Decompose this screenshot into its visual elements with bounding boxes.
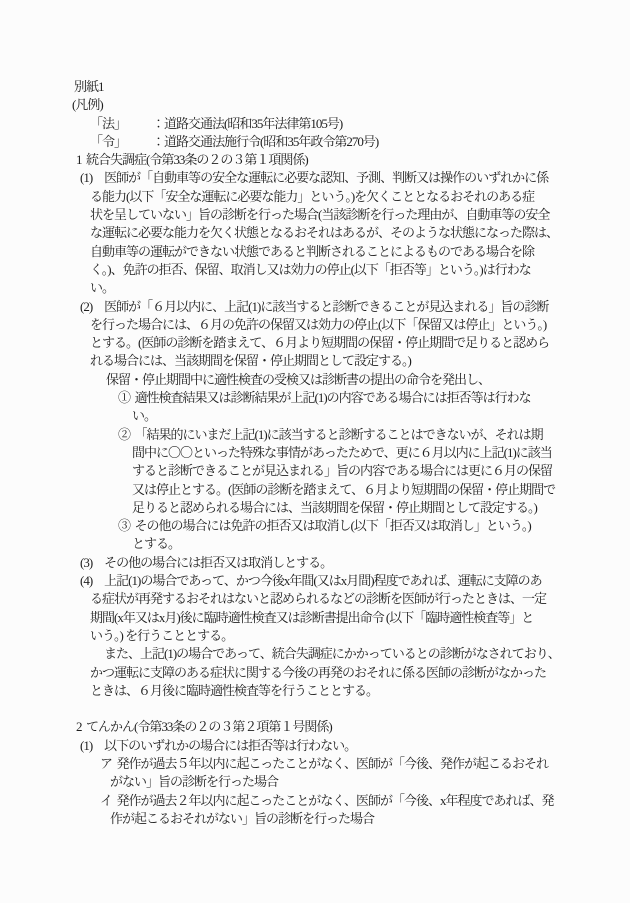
s2-item-1: (1) 以下のいずれかの場合には拒否等は行わない。 bbox=[0, 737, 630, 755]
text-line: 自動車等の運転ができない状態であると判断されることによるものである場合を除 bbox=[0, 243, 630, 261]
text-line: すると診断できることが見込まれる」旨の内容である場合には更に６月の保留 bbox=[0, 462, 630, 480]
s2-item1-sub-i: イ 発作が過去２年以内に起こったことがなく、医師が「今後、x年程度であれば、発 bbox=[0, 792, 630, 810]
text-line: 足りると認められる場合には、当該期間を保留・停止期間として設定する。) bbox=[0, 499, 630, 517]
legend-term: 「令」 bbox=[90, 133, 152, 151]
text-line: がない」旨の診断を行った場合 bbox=[0, 773, 630, 791]
document-lines: 別紙1(凡例)「法」：道路交通法(昭和35年法律第105号)「令」：道路交通法施… bbox=[0, 0, 630, 828]
s1-item2-hold-paragraph: 保留・停止期間中に適性検査の受検又は診断書の提出の命令を発出し、 bbox=[0, 371, 630, 389]
text-line: 作が起こるおそれがない」旨の診断を行った場合 bbox=[0, 810, 630, 828]
s1-item-3: (3) その他の場合には拒否又は取消しとする。 bbox=[0, 554, 630, 572]
text-line: とする。 bbox=[0, 535, 630, 553]
s1-item-1: (1) 医師が「自動車等の安全な運転に必要な認知、予測、判断又は操作のいずれかに… bbox=[0, 169, 630, 187]
s1-item-2: (2) 医師が「６月以内に、上記(1)に該当すると診断できることが見込まれる」旨… bbox=[0, 298, 630, 316]
text-line: を行った場合には、６月の免許の保留又は効力の停止(以下「保留又は停止」という。) bbox=[0, 316, 630, 334]
text-line: る能力(以下「安全な運転に必要な能力」という。)を欠くこととなるおそれのある症 bbox=[0, 188, 630, 206]
text-line: く。)、免許の拒否、保留、取消し又は効力の停止(以下「拒否等」という。)は行わな bbox=[0, 261, 630, 279]
text-line: 状を呈していない」旨の診断を行った場合(当該診断を行った理由が、自動車等の安全 bbox=[0, 206, 630, 224]
section-2-heading: 2 てんかん(令第33条の２の３第２項第１号関係) bbox=[0, 718, 630, 736]
text-line: とする。(医師の診断を踏まえて、６月より短期間の保留・停止期間で足りると認めら bbox=[0, 334, 630, 352]
text-line: ときは、６月後に臨時適性検査等を行うこととする。 bbox=[0, 682, 630, 700]
text-line: 又は停止とする。(医師の診断を踏まえて、６月より短期間の保留・停止期間で bbox=[0, 481, 630, 499]
text-line: かつ運転に支障のある症状に関する今後の再発のおそれに係る医師の診断がなかった bbox=[0, 664, 630, 682]
text-line: れる場合には、当該期間を保留・停止期間として設定する。) bbox=[0, 352, 630, 370]
text-line: る症状が再発するおそれはないと認められるなどの診断を医師が行ったときは、一定 bbox=[0, 590, 630, 608]
legend-item-law: 「法」：道路交通法(昭和35年法律第105号) bbox=[0, 115, 630, 133]
text-line: 期間(x年又はx月)後に臨時適性検査又は診断書提出命令 (以下「臨時適性検査等」… bbox=[0, 609, 630, 627]
text-line: 間中に〇〇といった特殊な事情があったためで、更に６月以内に上記(1)に該当 bbox=[0, 444, 630, 462]
blank-line bbox=[0, 700, 630, 718]
text-line: いう。) を行うこととする。 bbox=[0, 627, 630, 645]
section-1-heading: 1 統合失調症(令第33条の２の３第１項関係) bbox=[0, 151, 630, 169]
s2-item1-sub-a: ア 発作が過去５年以内に起こったことがなく、医師が「今後、発作が起こるおそれ bbox=[0, 755, 630, 773]
s1-item4-also-paragraph: また、上記(1)の場合であって、統合失調症にかかっているとの診断がなされており、 bbox=[0, 645, 630, 663]
legend-item-ordinance: 「令」：道路交通法施行令(昭和35年政令第270号) bbox=[0, 133, 630, 151]
s1-item-4: (4) 上記(1)の場合であって、かつ今後x年間(又はx月間)程度であれば、運転… bbox=[0, 572, 630, 590]
s1-item2-sub-3: ③ その他の場合には免許の拒否又は取消し(以下「拒否又は取消し」という。) bbox=[0, 517, 630, 535]
legend-term: 「法」 bbox=[90, 115, 152, 133]
text-line: い。 bbox=[0, 407, 630, 425]
s1-item2-sub-1: ① 適性検査結果又は診断結果が上記(1)の内容である場合には拒否等は行わな bbox=[0, 389, 630, 407]
s1-item2-sub-2: ② 「結果的にいまだ上記(1)に該当すると診断することはできないが、それは期 bbox=[0, 426, 630, 444]
text-line: な運転に必要な能力を欠く状態となるおそれはあるが、そのような状態になった際は、 bbox=[0, 224, 630, 242]
attachment-label: 別紙1 bbox=[0, 78, 630, 96]
text-line: い。 bbox=[0, 279, 630, 297]
document-page: 別紙1(凡例)「法」：道路交通法(昭和35年法律第105号)「令」：道路交通法施… bbox=[0, 0, 630, 903]
legend-heading: (凡例) bbox=[0, 96, 630, 114]
